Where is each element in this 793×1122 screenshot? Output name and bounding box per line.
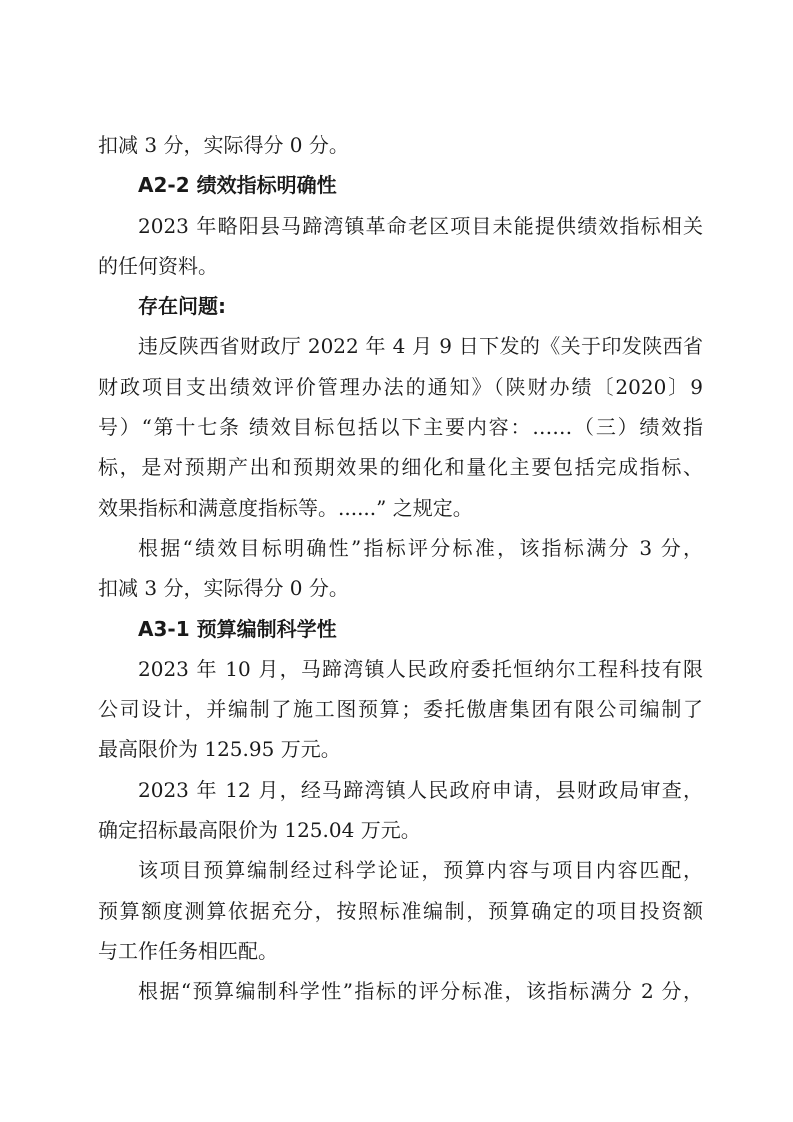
paragraph-line: 公司设计，并编制了施工图预算；委托傲唐集团有限公司编制了 [98,689,703,729]
paragraph-line: 最高限价为 125.95 万元。 [98,729,703,769]
paragraph-line: 效果指标和满意度指标等。......” 之规定。 [98,488,703,528]
paragraph-line: 的任何资料。 [98,246,703,286]
document-page: 扣减 3 分，实际得分 0 分。 A2-2 绩效指标明确性 2023 年略阳县马… [98,125,703,1012]
paragraph-line: 与工作任务相匹配。 [98,931,703,971]
paragraph-continuation: 扣减 3 分，实际得分 0 分。 [98,125,703,165]
paragraph-line: 2023 年略阳县马蹄湾镇革命老区项目未能提供绩效指标相关 [98,206,703,246]
paragraph-line: 扣减 3 分，实际得分 0 分。 [98,568,703,608]
issues-heading: 存在问题: [98,286,703,326]
paragraph-line: 根据“预算编制科学性”指标的评分标准，该指标满分 2 分， [98,971,703,1011]
paragraph-line: 2023 年 12 月，经马蹄湾镇人民政府申请，县财政局审查， [98,770,703,810]
paragraph-line: 财政项目支出绩效评价管理办法的通知》（陕财办绩〔2020〕9 [98,367,703,407]
paragraph-line: 预算额度测算依据充分，按照标准编制，预算确定的项目投资额 [98,891,703,931]
paragraph-line: 违反陕西省财政厅 2022 年 4 月 9 日下发的《关于印发陕西省 [98,326,703,366]
paragraph-line: 根据“绩效目标明确性”指标评分标准，该指标满分 3 分， [98,528,703,568]
paragraph-line: 号）“第十七条 绩效目标包括以下主要内容：……（三）绩效指 [98,407,703,447]
paragraph-line: 2023 年 10 月，马蹄湾镇人民政府委托恒纳尔工程科技有限 [98,649,703,689]
section-heading-a2-2: A2-2 绩效指标明确性 [98,165,703,205]
paragraph-line: 该项目预算编制经过科学论证，预算内容与项目内容匹配， [98,850,703,890]
section-heading-a3-1: A3-1 预算编制科学性 [98,609,703,649]
paragraph-line: 确定招标最高限价为 125.04 万元。 [98,810,703,850]
paragraph-line: 标，是对预期产出和预期效果的细化和量化主要包括完成指标、 [98,447,703,487]
